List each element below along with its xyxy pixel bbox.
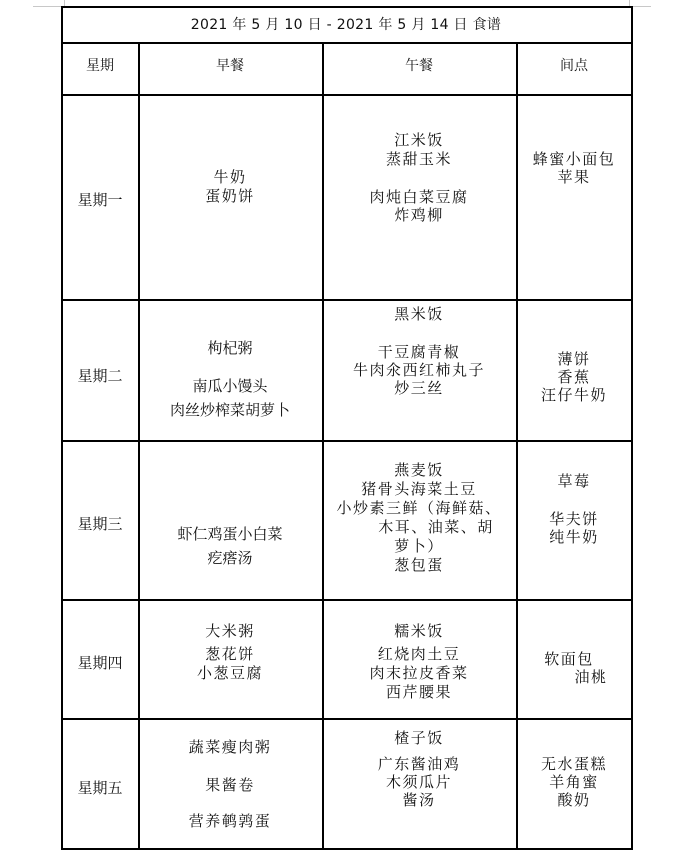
day-label: 星期五 (77, 779, 122, 798)
breakfast-item: 虾仁鸡蛋小白菜 (177, 525, 282, 544)
row-divider (61, 42, 632, 44)
snack-item: 软面包 (544, 650, 594, 669)
header-snack: 间点 (560, 57, 588, 76)
breakfast-item: 枸杞粥 (207, 339, 252, 358)
snack-item: 华夫饼 (549, 510, 599, 529)
lunch-item: 牛肉氽西红柿丸子 (353, 361, 485, 380)
day-label: 星期三 (77, 515, 122, 534)
lunch-item: 黑米饭 (394, 305, 444, 324)
breakfast-item: 营养鹌鹑蛋 (189, 812, 272, 831)
lunch-item: 干豆腐青椒 (378, 343, 461, 362)
lunch-item: 蒸甜玉米 (386, 150, 452, 169)
lunch-item: 炒三丝 (394, 379, 444, 398)
table-border-top (61, 6, 632, 8)
col-divider (322, 42, 324, 850)
lunch-item: 红烧肉土豆 (378, 645, 461, 664)
crop-mark-top-right-horizontal (633, 6, 651, 7)
snack-item: 草莓 (557, 472, 590, 491)
lunch-item: 广东酱油鸡 (378, 755, 461, 774)
breakfast-item: 疙瘩汤 (207, 549, 252, 568)
snack-item: 无水蛋糕 (541, 755, 607, 774)
lunch-item: 肉炖白菜豆腐 (369, 188, 468, 207)
snack-item: 纯牛奶 (549, 528, 599, 547)
table-border-bottom (61, 848, 632, 850)
lunch-item: 葱包蛋 (394, 556, 444, 575)
lunch-item: 楂子饭 (394, 729, 444, 748)
lunch-item: 萝卜） (394, 537, 444, 556)
day-label: 星期二 (77, 367, 122, 386)
day-label: 星期一 (77, 191, 122, 210)
breakfast-item: 蔬菜瘦肉粥 (189, 738, 272, 757)
breakfast-item: 肉丝炒榨菜胡萝卜 (170, 401, 290, 420)
lunch-item: 炸鸡柳 (394, 206, 444, 225)
lunch-item: 小炒素三鲜（海鲜菇、 (336, 499, 501, 518)
lunch-item: 酱汤 (402, 791, 435, 810)
crop-mark-top-left-horizontal (33, 6, 61, 7)
col-divider (516, 42, 518, 850)
lunch-item: 木耳、油菜、胡 (378, 518, 494, 537)
row-divider (61, 599, 632, 601)
lunch-item: 猪骨头海菜土豆 (361, 480, 477, 499)
lunch-item: 西芹腰果 (386, 683, 452, 702)
lunch-item: 木须瓜片 (386, 773, 452, 792)
header-breakfast: 早餐 (216, 57, 244, 76)
breakfast-item: 大米粥 (205, 622, 255, 641)
lunch-item: 燕麦饭 (394, 461, 444, 480)
snack-item: 酸奶 (557, 791, 590, 810)
col-divider (138, 42, 140, 850)
lunch-item: 肉末拉皮香菜 (369, 664, 468, 683)
day-label: 星期四 (77, 654, 122, 673)
header-day: 星期 (86, 57, 114, 76)
row-divider (61, 440, 632, 442)
menu-table: 2021 年 5 月 10 日 - 2021 年 5 月 14 日 食谱 星期 … (61, 6, 632, 849)
snack-item: 油桃 (574, 668, 607, 687)
row-divider (61, 718, 632, 720)
table-border-right (631, 6, 633, 850)
breakfast-item: 牛奶 (213, 168, 246, 187)
snack-item: 羊角蜜 (549, 773, 599, 792)
lunch-item: 江米饭 (394, 131, 444, 150)
snack-item: 苹果 (557, 168, 590, 187)
breakfast-item: 南瓜小馒头 (192, 377, 267, 396)
breakfast-item: 小葱豆腐 (197, 664, 263, 683)
snack-item: 香蕉 (557, 368, 590, 387)
lunch-item: 糯米饭 (394, 622, 444, 641)
snack-item: 汪仔牛奶 (541, 386, 607, 405)
breakfast-item: 果酱卷 (205, 776, 255, 795)
row-divider (61, 94, 632, 96)
header-lunch: 午餐 (405, 57, 433, 76)
breakfast-item: 葱花饼 (205, 645, 255, 664)
breakfast-item: 蛋奶饼 (205, 187, 255, 206)
menu-title: 2021 年 5 月 10 日 - 2021 年 5 月 14 日 食谱 (191, 16, 501, 35)
snack-item: 薄饼 (557, 350, 590, 369)
row-divider (61, 299, 632, 301)
table-border-left (61, 6, 63, 850)
snack-item: 蜂蜜小面包 (533, 150, 616, 169)
